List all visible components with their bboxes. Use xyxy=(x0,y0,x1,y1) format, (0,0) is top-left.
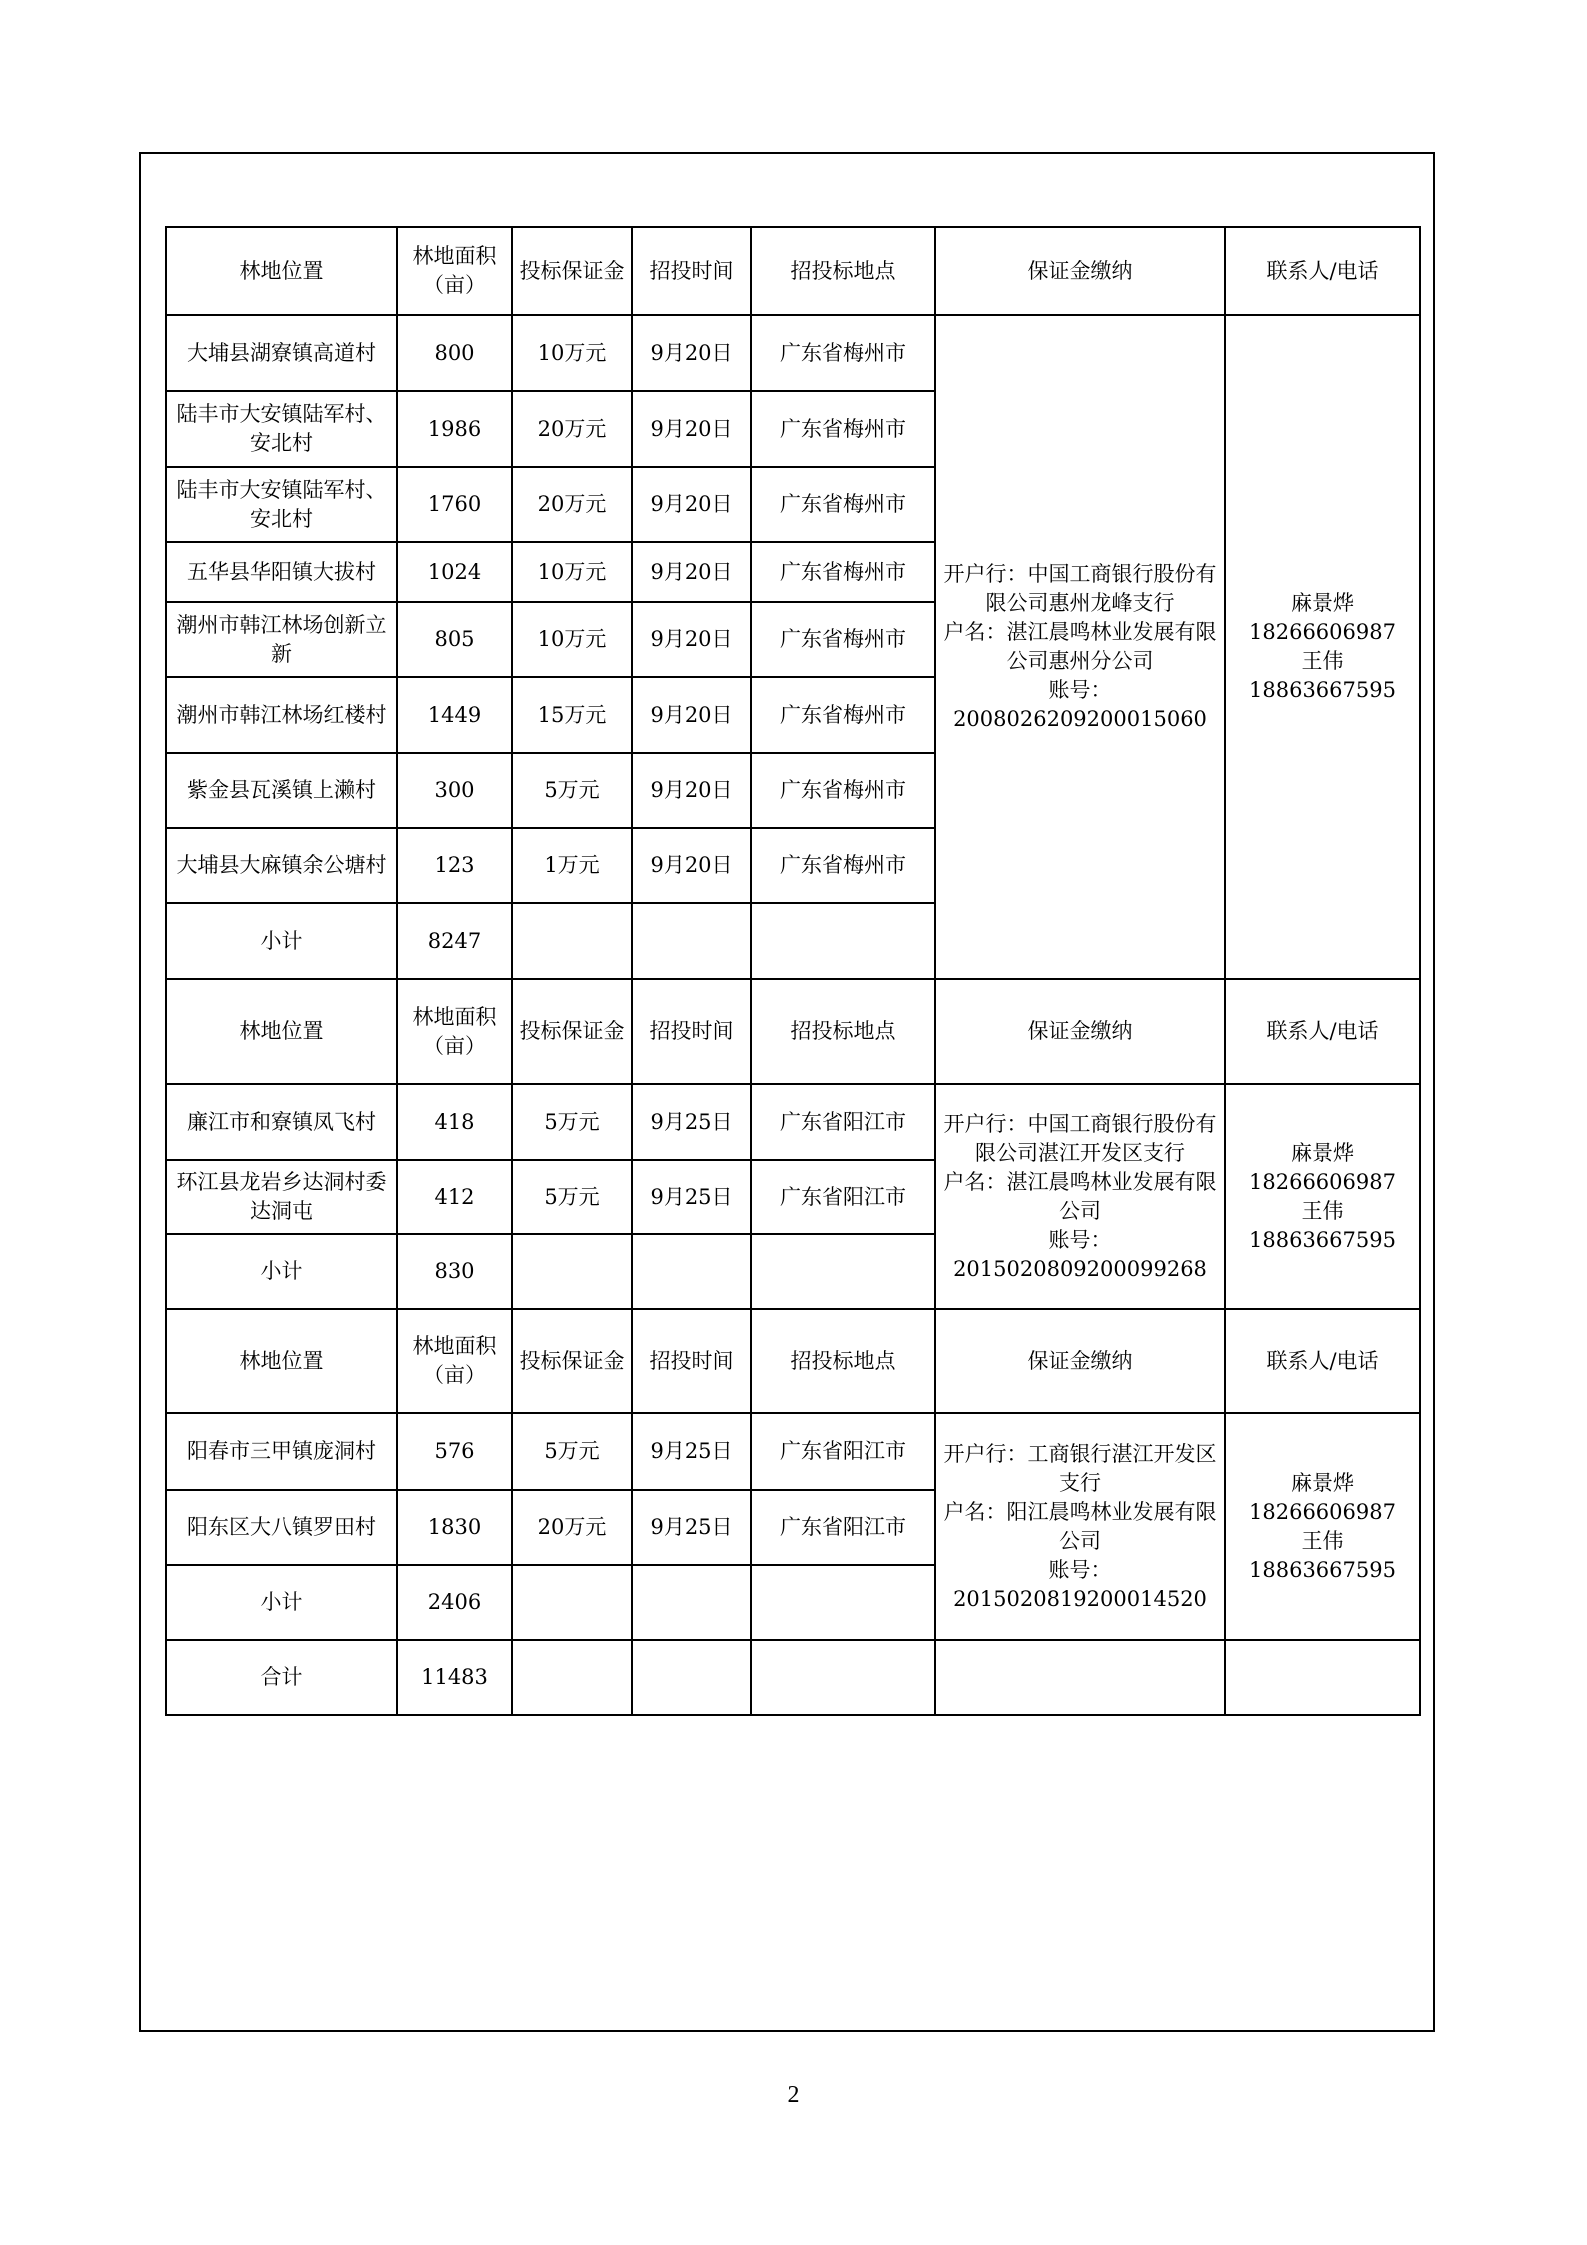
empty-cell xyxy=(1225,1640,1420,1715)
empty-cell xyxy=(512,1565,632,1640)
cell-location: 廉江市和寮镇凤飞村 xyxy=(166,1084,397,1160)
header-time: 招投时间 xyxy=(632,227,751,315)
header-contact: 联系人/电话 xyxy=(1225,979,1420,1084)
cell-deposit: 5万元 xyxy=(512,1160,632,1234)
cell-place: 广东省阳江市 xyxy=(751,1490,935,1565)
cell-time: 9月25日 xyxy=(632,1084,751,1160)
header-deposit: 投标保证金 xyxy=(512,1309,632,1413)
table-header-row: 林地位置 林地面积（亩） 投标保证金 招投时间 招投标地点 保证金缴纳 联系人/… xyxy=(166,227,1420,315)
header-place: 招投标地点 xyxy=(751,979,935,1084)
cell-location: 阳春市三甲镇庞洞村 xyxy=(166,1413,397,1490)
cell-contact: 麻景烨 18266606987 王伟 18863667595 xyxy=(1225,315,1420,979)
cell-location: 五华县华阳镇大拔村 xyxy=(166,542,397,602)
table-header-row: 林地位置 林地面积（亩） 投标保证金 招投时间 招投标地点 保证金缴纳 联系人/… xyxy=(166,979,1420,1084)
cell-deposit: 10万元 xyxy=(512,542,632,602)
empty-cell xyxy=(632,903,751,979)
header-contact: 联系人/电话 xyxy=(1225,227,1420,315)
cell-contact: 麻景烨 18266606987 王伟 18863667595 xyxy=(1225,1413,1420,1640)
cell-location: 陆丰市大安镇陆军村、安北村 xyxy=(166,391,397,467)
empty-cell xyxy=(632,1565,751,1640)
cell-deposit: 5万元 xyxy=(512,753,632,828)
cell-location: 潮州市韩江林场创新立新 xyxy=(166,602,397,677)
cell-time: 9月20日 xyxy=(632,677,751,753)
cell-area: 418 xyxy=(397,1084,512,1160)
header-payment: 保证金缴纳 xyxy=(935,979,1225,1084)
subtotal-label: 小计 xyxy=(166,1565,397,1640)
cell-place: 广东省梅州市 xyxy=(751,828,935,903)
header-area: 林地面积（亩） xyxy=(397,1309,512,1413)
subtotal-area: 8247 xyxy=(397,903,512,979)
subtotal-area: 2406 xyxy=(397,1565,512,1640)
cell-place: 广东省阳江市 xyxy=(751,1160,935,1234)
cell-time: 9月20日 xyxy=(632,828,751,903)
empty-cell xyxy=(632,1234,751,1309)
cell-payment: 开户行：中国工商银行股份有限公司湛江开发区支行 户名：湛江晨鸣林业发展有限公司 … xyxy=(935,1084,1225,1309)
cell-deposit: 20万元 xyxy=(512,467,632,542)
header-deposit: 投标保证金 xyxy=(512,979,632,1084)
cell-time: 9月20日 xyxy=(632,467,751,542)
cell-time: 9月20日 xyxy=(632,391,751,467)
empty-cell xyxy=(935,1640,1225,1715)
cell-place: 广东省梅州市 xyxy=(751,467,935,542)
cell-area: 1986 xyxy=(397,391,512,467)
cell-area: 300 xyxy=(397,753,512,828)
cell-place: 广东省梅州市 xyxy=(751,602,935,677)
cell-time: 9月20日 xyxy=(632,602,751,677)
cell-location: 紫金县瓦溪镇上濑村 xyxy=(166,753,397,828)
cell-deposit: 20万元 xyxy=(512,391,632,467)
cell-place: 广东省梅州市 xyxy=(751,677,935,753)
empty-cell xyxy=(751,1234,935,1309)
cell-area: 576 xyxy=(397,1413,512,1490)
cell-place: 广东省阳江市 xyxy=(751,1084,935,1160)
cell-payment: 开户行：工商银行湛江开发区支行 户名：阳江晨鸣林业发展有限公司 账号： 2015… xyxy=(935,1413,1225,1640)
cell-place: 广东省梅州市 xyxy=(751,753,935,828)
cell-deposit: 10万元 xyxy=(512,315,632,391)
cell-location: 潮州市韩江林场红楼村 xyxy=(166,677,397,753)
header-place: 招投标地点 xyxy=(751,227,935,315)
table-row: 大埔县湖寮镇高道村 800 10万元 9月20日 广东省梅州市 开户行：中国工商… xyxy=(166,315,1420,391)
header-deposit: 投标保证金 xyxy=(512,227,632,315)
cell-time: 9月20日 xyxy=(632,753,751,828)
header-payment: 保证金缴纳 xyxy=(935,1309,1225,1413)
subtotal-label: 小计 xyxy=(166,903,397,979)
cell-area: 412 xyxy=(397,1160,512,1234)
header-area: 林地面积（亩） xyxy=(397,979,512,1084)
empty-cell xyxy=(512,903,632,979)
header-location: 林地位置 xyxy=(166,979,397,1084)
forest-tender-table: 林地位置 林地面积（亩） 投标保证金 招投时间 招投标地点 保证金缴纳 联系人/… xyxy=(165,226,1421,1716)
cell-location: 环江县龙岩乡达洞村委达洞屯 xyxy=(166,1160,397,1234)
header-place: 招投标地点 xyxy=(751,1309,935,1413)
empty-cell xyxy=(751,1640,935,1715)
page-number: 2 xyxy=(0,2082,1587,2109)
cell-deposit: 1万元 xyxy=(512,828,632,903)
cell-contact: 麻景烨 18266606987 王伟 18863667595 xyxy=(1225,1084,1420,1309)
cell-time: 9月25日 xyxy=(632,1490,751,1565)
cell-time: 9月20日 xyxy=(632,542,751,602)
cell-place: 广东省梅州市 xyxy=(751,391,935,467)
cell-location: 阳东区大八镇罗田村 xyxy=(166,1490,397,1565)
cell-area: 1024 xyxy=(397,542,512,602)
header-contact: 联系人/电话 xyxy=(1225,1309,1420,1413)
cell-deposit: 20万元 xyxy=(512,1490,632,1565)
header-location: 林地位置 xyxy=(166,1309,397,1413)
table-row: 廉江市和寮镇凤飞村 418 5万元 9月25日 广东省阳江市 开户行：中国工商银… xyxy=(166,1084,1420,1160)
total-row: 合计 11483 xyxy=(166,1640,1420,1715)
cell-area: 805 xyxy=(397,602,512,677)
cell-area: 1449 xyxy=(397,677,512,753)
cell-deposit: 5万元 xyxy=(512,1413,632,1490)
cell-deposit: 15万元 xyxy=(512,677,632,753)
cell-time: 9月25日 xyxy=(632,1413,751,1490)
table-row: 阳春市三甲镇庞洞村 576 5万元 9月25日 广东省阳江市 开户行：工商银行湛… xyxy=(166,1413,1420,1490)
cell-location: 大埔县湖寮镇高道村 xyxy=(166,315,397,391)
empty-cell xyxy=(751,1565,935,1640)
header-area: 林地面积（亩） xyxy=(397,227,512,315)
subtotal-label: 小计 xyxy=(166,1234,397,1309)
total-area: 11483 xyxy=(397,1640,512,1715)
empty-cell xyxy=(512,1640,632,1715)
empty-cell xyxy=(632,1640,751,1715)
cell-area: 123 xyxy=(397,828,512,903)
cell-location: 陆丰市大安镇陆军村、安北村 xyxy=(166,467,397,542)
total-label: 合计 xyxy=(166,1640,397,1715)
cell-area: 1760 xyxy=(397,467,512,542)
empty-cell xyxy=(751,903,935,979)
table-header-row: 林地位置 林地面积（亩） 投标保证金 招投时间 招投标地点 保证金缴纳 联系人/… xyxy=(166,1309,1420,1413)
header-payment: 保证金缴纳 xyxy=(935,227,1225,315)
cell-place: 广东省梅州市 xyxy=(751,542,935,602)
header-time: 招投时间 xyxy=(632,1309,751,1413)
cell-location: 大埔县大麻镇余公塘村 xyxy=(166,828,397,903)
header-time: 招投时间 xyxy=(632,979,751,1084)
cell-place: 广东省阳江市 xyxy=(751,1413,935,1490)
subtotal-area: 830 xyxy=(397,1234,512,1309)
cell-area: 800 xyxy=(397,315,512,391)
cell-time: 9月25日 xyxy=(632,1160,751,1234)
cell-deposit: 10万元 xyxy=(512,602,632,677)
cell-place: 广东省梅州市 xyxy=(751,315,935,391)
cell-payment: 开户行：中国工商银行股份有限公司惠州龙峰支行 户名：湛江晨鸣林业发展有限公司惠州… xyxy=(935,315,1225,979)
empty-cell xyxy=(512,1234,632,1309)
header-location: 林地位置 xyxy=(166,227,397,315)
cell-deposit: 5万元 xyxy=(512,1084,632,1160)
cell-area: 1830 xyxy=(397,1490,512,1565)
cell-time: 9月20日 xyxy=(632,315,751,391)
